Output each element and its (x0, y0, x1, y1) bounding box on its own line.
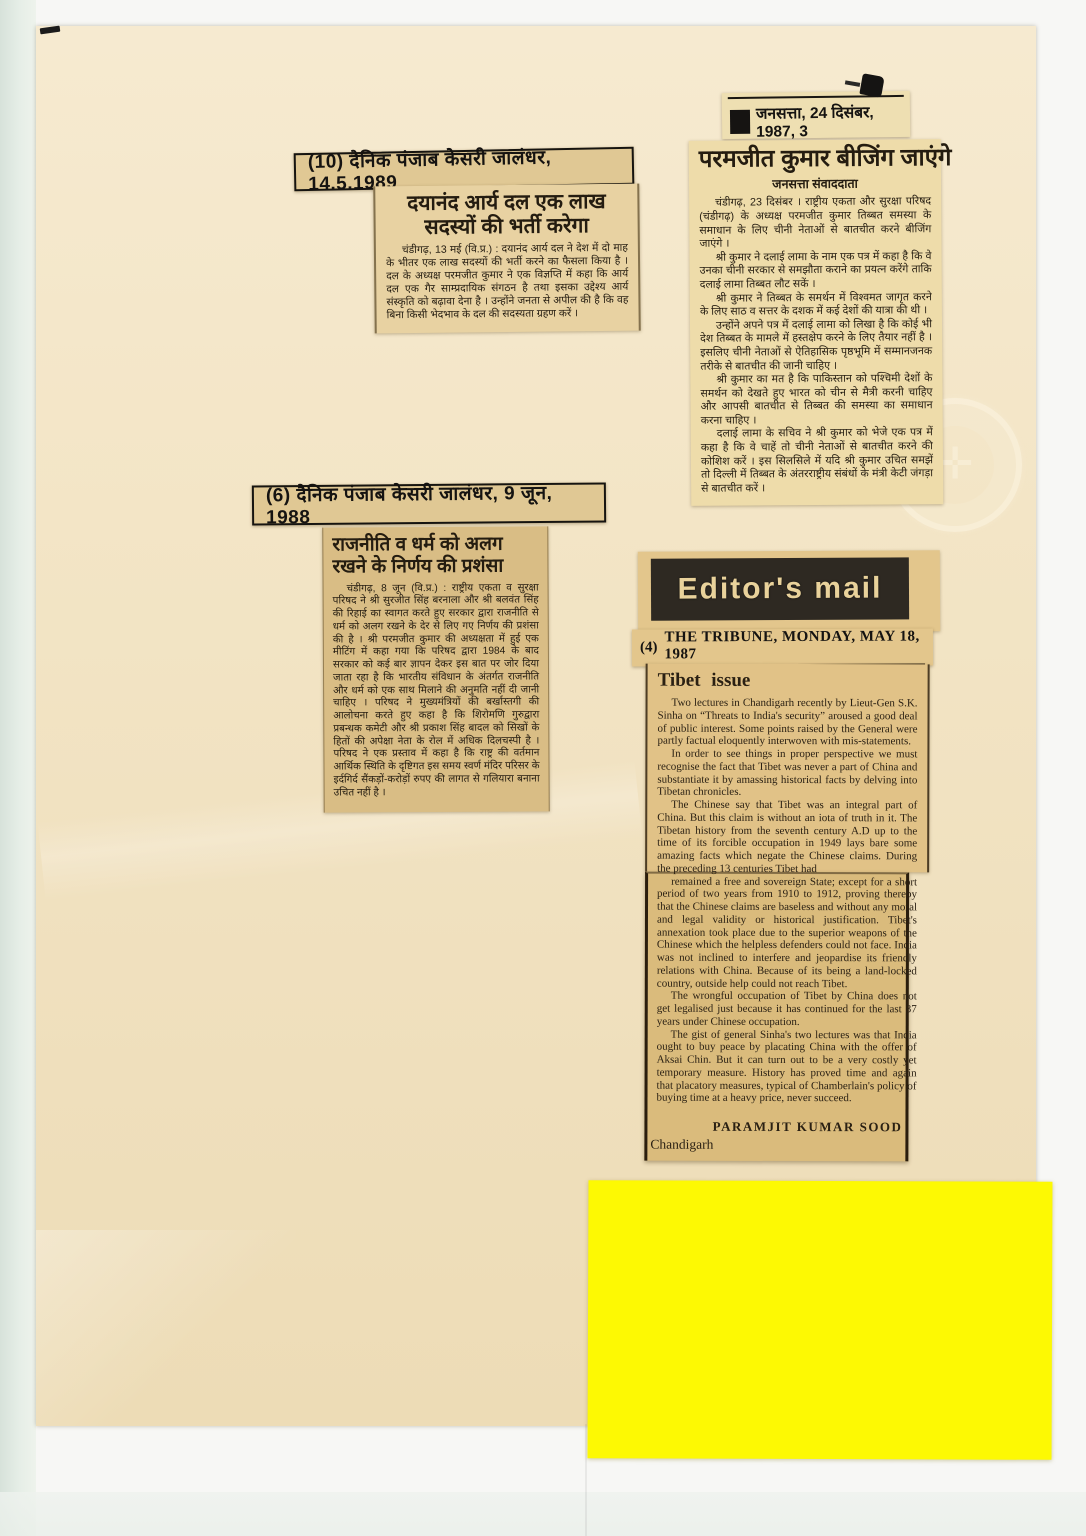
article-body: चंडीगढ़, 13 मई (वि.प्र.) : दयानंद आर्य द… (386, 242, 629, 323)
clipping-jansatta-source-strip: जनसत्ता, 24 दिसंबर, 1987, 3 (722, 91, 911, 139)
clipping-jansatta: परमजीत कुमार बीजिंग जाएंगे जनसत्ता संवाद… (689, 139, 944, 506)
article-paragraph: In order to see things in proper perspec… (657, 748, 917, 800)
clipping-tribune: Tibet issue Two lectures in Chandigarh r… (644, 664, 929, 1162)
article-paragraph: दलाई लामा के सचिव ने श्री कुमार को भेजे … (701, 427, 933, 497)
source-line: जनसत्ता, 24 दिसंबर, 1987, 3 (756, 100, 902, 142)
source-line: THE TRIBUNE, MONDAY, MAY 18, 1987 (664, 629, 925, 667)
article-paragraph: remained a free and sovereign State; exc… (657, 875, 917, 990)
article-body: चंडीगढ़, 8 जून (वि.प्र.) : राष्ट्रीय एकत… (333, 582, 540, 800)
article-paragraph: The wrongful occupation of Tibet by Chin… (657, 990, 917, 1029)
article-paragraph: The Chinese say that Tibet was an integr… (657, 799, 917, 876)
clipping-tribune-source-strip: (4) THE TRIBUNE, MONDAY, MAY 18, 1987 (632, 628, 933, 666)
clipping-dayanand: दयानंद आर्य दल एक लाख सदस्यों की भर्ती क… (373, 184, 641, 334)
scanner-bed-strip (0, 1492, 1086, 1536)
editors-mail-clipping-top: Editor's mail (638, 550, 940, 633)
headline: दयानंद आर्य दल एक लाख सदस्यों की भर्ती क… (385, 190, 627, 240)
article-paragraph: चंडीगढ़, 23 दिसंबर । राष्ट्रीय एकता और स… (699, 196, 931, 252)
yellow-sticky-note (588, 1180, 1053, 1460)
book-binding-edge (0, 0, 36, 1536)
signature: PARAMJIT KUMAR SOOD (644, 1115, 928, 1136)
signature-place: Chandigarh (644, 1135, 928, 1162)
article-paragraph: उन्होंने अपने पत्र में दलाई लामा को लिखा… (700, 318, 932, 374)
source-line: (6) दैनिक पंजाब केसरी जालंधर, 9 जून, 198… (266, 479, 592, 530)
article-paragraph: Two lectures in Chandigarh recently by L… (657, 697, 917, 749)
byline: जनसत्ता संवाददाता (699, 175, 931, 194)
headline: परमजीत कुमार बीजिंग जाएंगे (699, 145, 931, 173)
article-paragraph: श्री कुमार ने दलाई लामा के नाम एक पत्र म… (700, 250, 932, 292)
editors-mail-banner: Editor's mail (651, 557, 909, 620)
ink-redaction-mark (730, 110, 750, 134)
article-paragraph: The gist of general Sinha's two lectures… (656, 1028, 916, 1105)
ink-mark (859, 73, 884, 98)
clipping-rajniti: राजनीति व धर्म को अलग रखने के निर्णय की … (322, 526, 549, 812)
article-column: Tibet issue Two lectures in Chandigarh r… (644, 664, 929, 1116)
article-paragraph: श्री कुमार ने तिब्बत के समर्थन में विश्व… (700, 291, 932, 320)
headline: Tibet issue (658, 670, 918, 693)
clipping-rajniti-source-strip: (6) दैनिक पंजाब केसरी जालंधर, 9 जून, 198… (252, 482, 606, 525)
article-paragraph: श्री कुमार का मत है कि पाकिस्तान को पश्च… (700, 372, 932, 428)
headline: राजनीति व धर्म को अलग रखने के निर्णय की … (332, 533, 538, 578)
scrapbook-scan: (10) दैनिक पंजाब केसरी जालंधर, 14.5.1989… (0, 0, 1086, 1536)
source-index: (4) (640, 639, 658, 656)
